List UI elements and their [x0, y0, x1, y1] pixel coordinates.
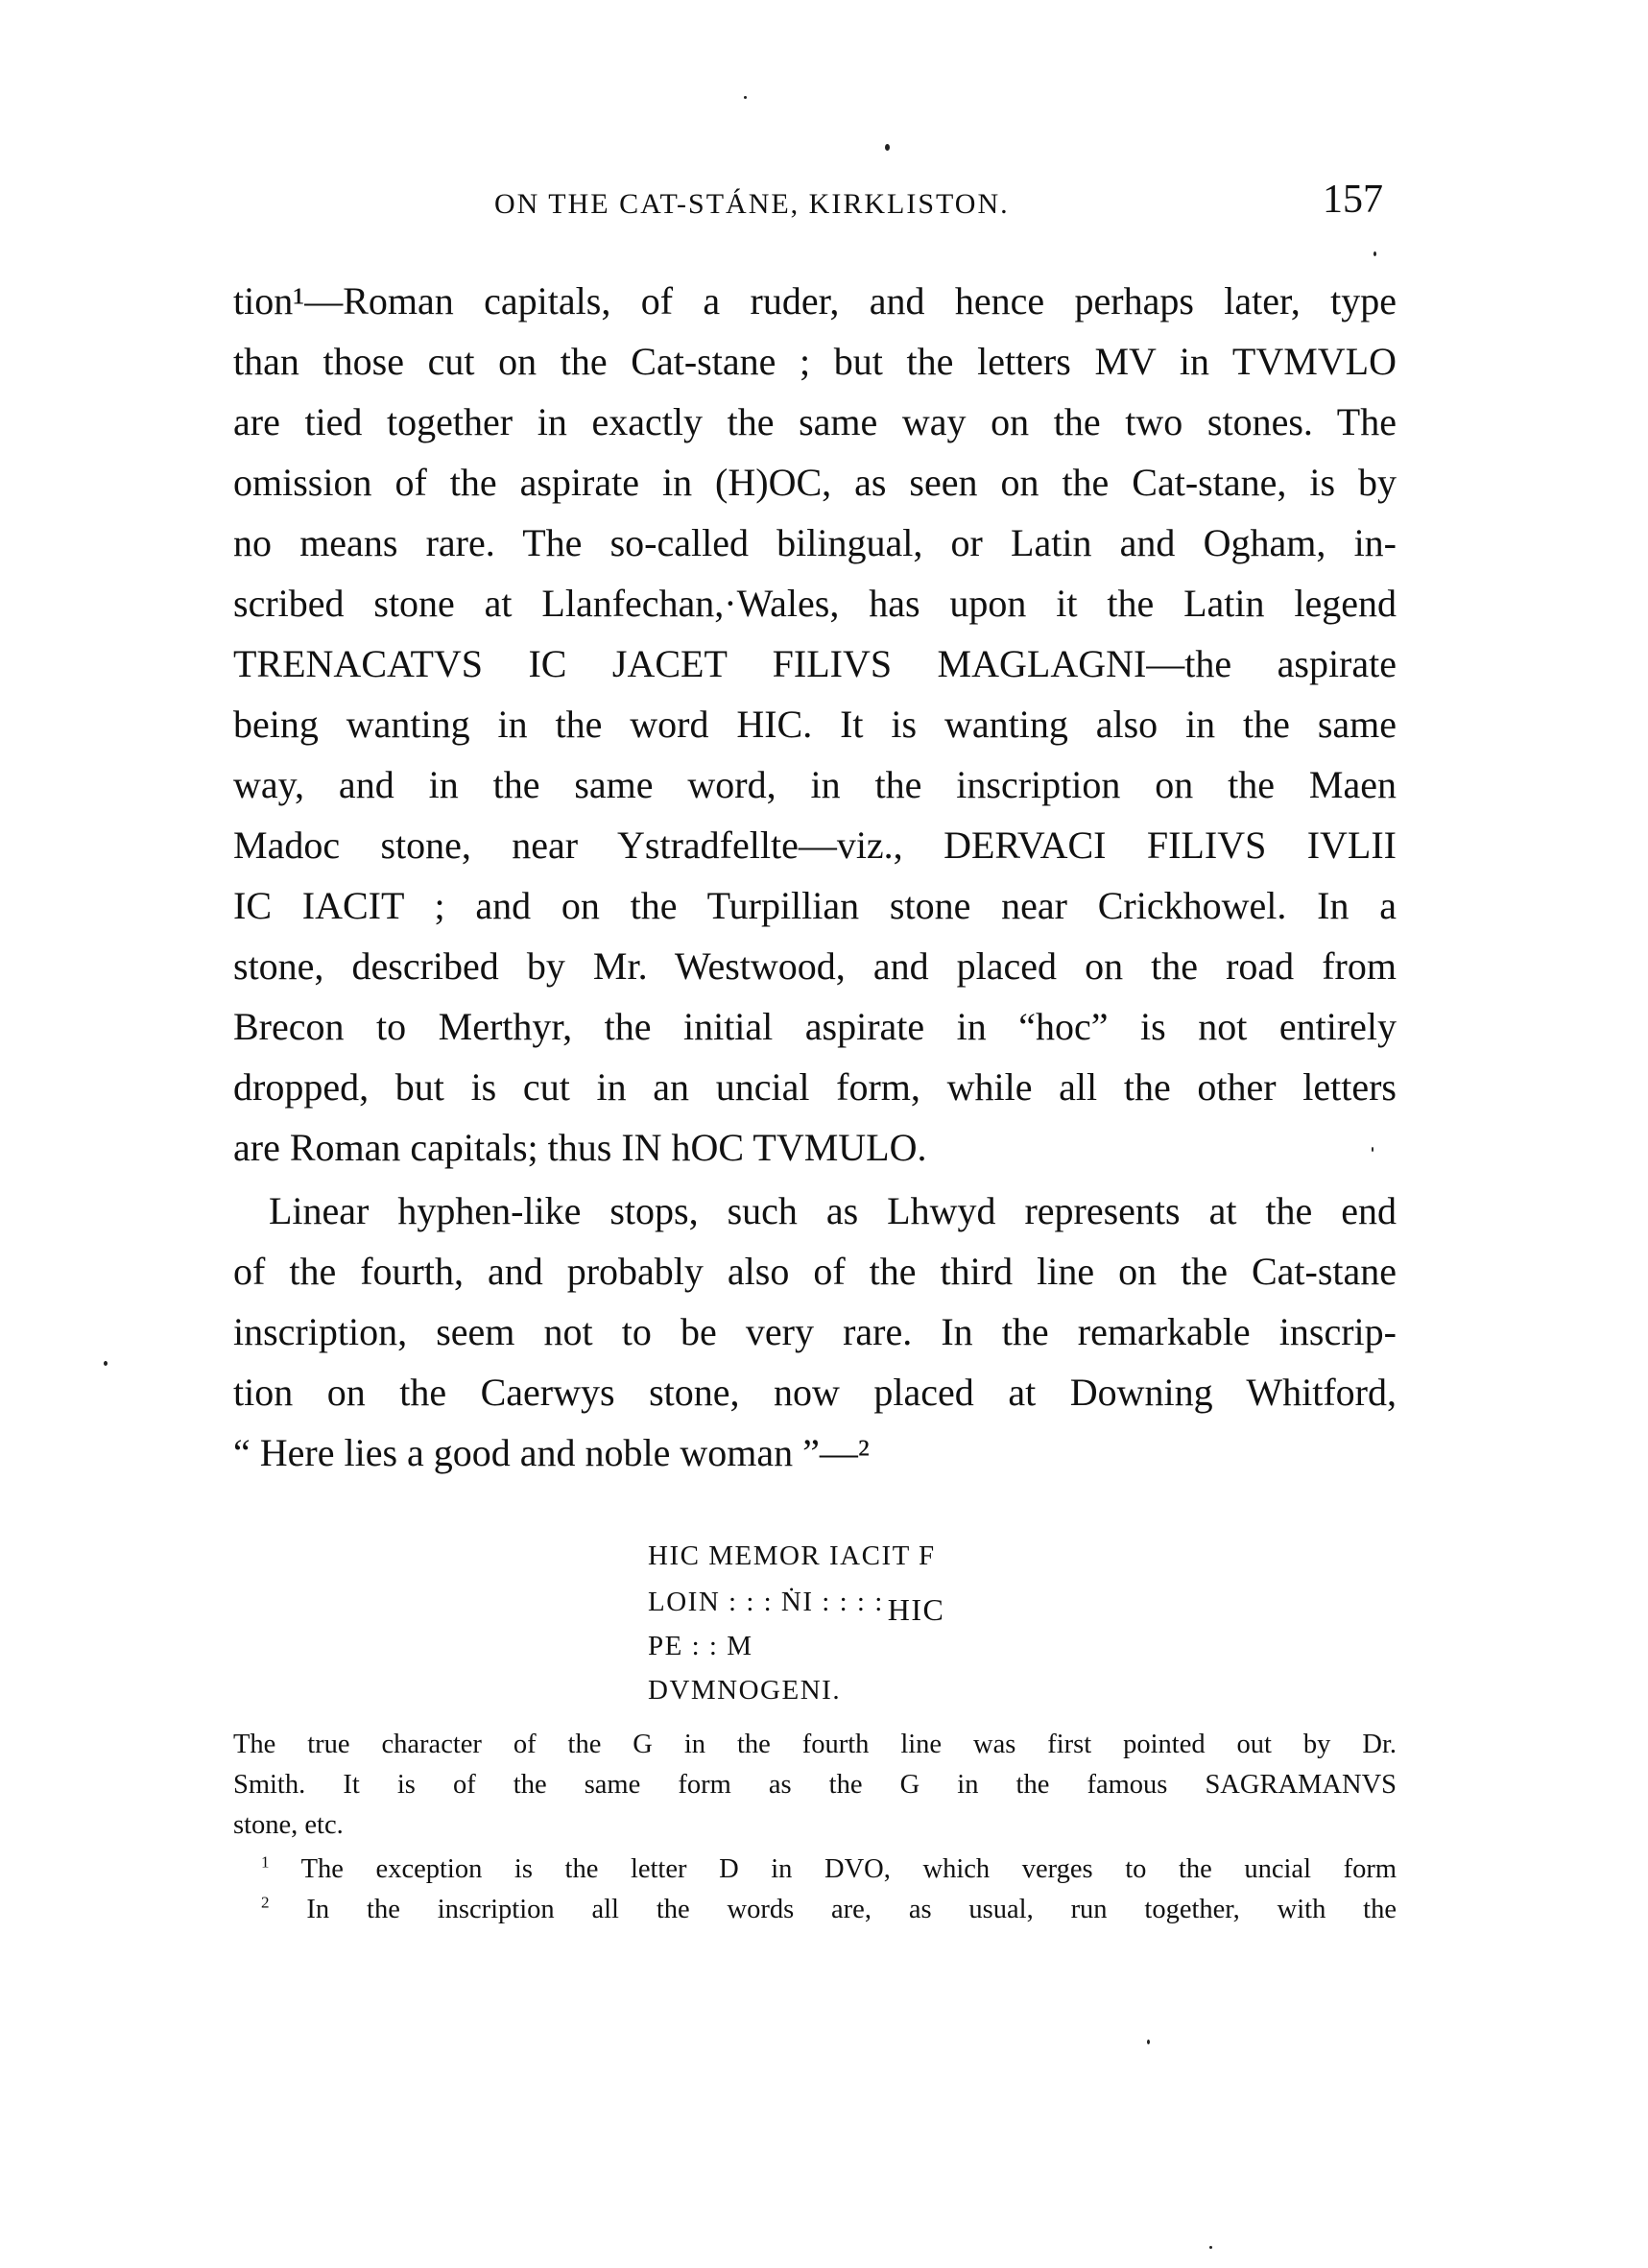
- text-line: tion on the Caerwys stone, now placed at…: [233, 1370, 1397, 1416]
- text-line: dropped, but is cut in an uncial form, w…: [233, 1064, 1397, 1110]
- text-line: IC IACIT ; and on the Turpillian stone n…: [233, 883, 1397, 929]
- page-number: 157: [1323, 177, 1383, 223]
- inscription-lowered-hic: HIC: [888, 1592, 945, 1627]
- text-line: way, and in the same word, in the inscri…: [233, 762, 1397, 808]
- footnote-marker: 2: [261, 1894, 270, 1912]
- note-line: stone, etc.: [233, 1808, 1397, 1843]
- scan-speck: [744, 96, 747, 99]
- scan-speck: [1372, 1147, 1373, 1152]
- footnote-1: 1 The exception is the letter D in DVO, …: [261, 1852, 1397, 1887]
- text-line: Linear hyphen-like stops, such as Lhwyd …: [269, 1188, 1397, 1234]
- inscription-line: LOIN : : : ṄI : : : :HIC: [648, 1578, 944, 1624]
- inscription-line: DVMNOGENI.: [648, 1668, 944, 1712]
- text-line: Brecon to Merthyr, the initial aspirate …: [233, 1004, 1397, 1050]
- text-line: tion¹—Roman capitals, of a ruder, and he…: [233, 278, 1397, 324]
- running-header-title: ON THE CAT-STÁNE, KIRKLISTON.: [494, 188, 1010, 221]
- inscription-line: HIC MEMOR IACIT F: [648, 1534, 944, 1578]
- footnote-text: The exception is the letter D in DVO, wh…: [301, 1854, 1397, 1884]
- scan-speck: [1373, 251, 1376, 256]
- inscription-line: PE : : M: [648, 1624, 944, 1668]
- text-line: omission of the aspirate in (H)OC, as se…: [233, 460, 1397, 506]
- text-line: being wanting in the word HIC. It is wan…: [233, 702, 1397, 748]
- scan-speck: [104, 1361, 107, 1366]
- inscription-line-text: LOIN : : : ṄI : : : :: [648, 1587, 884, 1617]
- text-line: “ Here lies a good and noble woman ”—²: [233, 1430, 1397, 1476]
- text-line: Madoc stone, near Ystradfellte—viz., DER…: [233, 823, 1397, 869]
- text-line: than those cut on the Cat-stane ; but th…: [233, 339, 1397, 385]
- note-line: The true character of the G in the fourt…: [233, 1728, 1397, 1762]
- scan-speck: [1147, 2040, 1150, 2044]
- text-line: TRENACATVS IC JACET FILIVS MAGLAGNI—the …: [233, 641, 1397, 687]
- scan-speck: [885, 144, 890, 151]
- footnote-2: 2 In the inscription all the words are, …: [261, 1893, 1397, 1927]
- text-line: of the fourth, and probably also of the …: [233, 1249, 1397, 1295]
- text-line: are Roman capitals; thus IN hOC TVMULO.: [233, 1125, 1397, 1171]
- note-line: Smith. It is of the same form as the G i…: [233, 1768, 1397, 1802]
- book-page: ON THE CAT-STÁNE, KIRKLISTON. 157 tion¹—…: [0, 0, 1648, 2268]
- footnote-marker: 1: [261, 1853, 270, 1872]
- scan-speck: [1209, 2246, 1212, 2249]
- text-line: inscription, seem not to be very rare. I…: [233, 1309, 1397, 1355]
- text-line: no means rare. The so-called bilingual, …: [233, 520, 1397, 566]
- text-line: scribed stone at Llanfechan,·Wales, has …: [233, 581, 1397, 627]
- text-line: are tied together in exactly the same wa…: [233, 399, 1397, 445]
- inscription-block: HIC MEMOR IACIT F LOIN : : : ṄI : : : :H…: [648, 1534, 944, 1712]
- footnote-text: In the inscription all the words are, as…: [306, 1895, 1397, 1924]
- text-line: stone, described by Mr. Westwood, and pl…: [233, 943, 1397, 990]
